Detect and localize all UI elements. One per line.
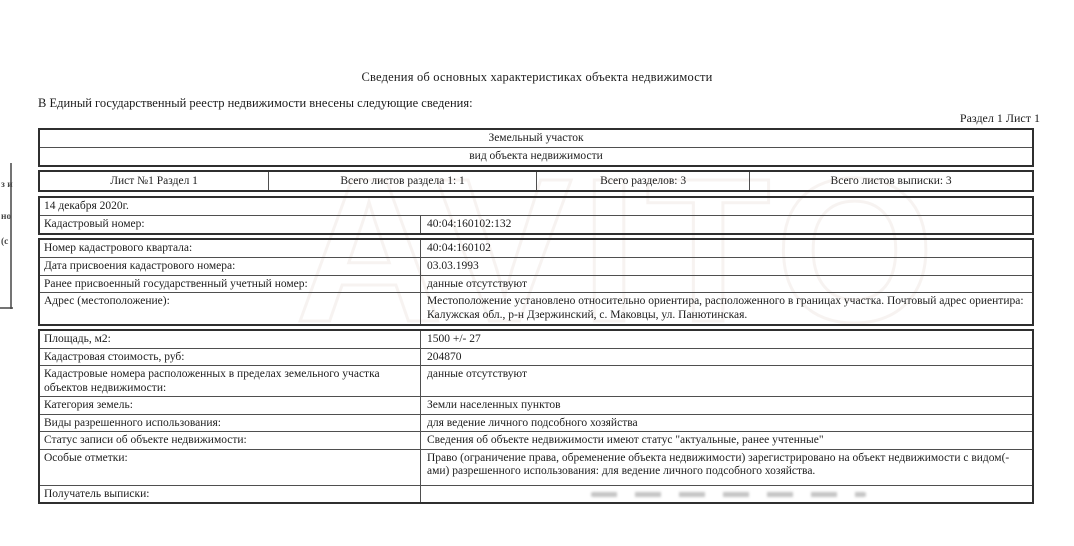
row-value: данные отсутствуют <box>421 276 1032 293</box>
row-value: для ведение личного подсобного хозяйства <box>421 415 1032 432</box>
sheet-cell: Всего листов раздела 1: 1 <box>268 172 536 191</box>
sheet-info-block: Лист №1 Раздел 1 Всего листов раздела 1:… <box>38 170 1034 193</box>
sheet-cell: Всего разделов: 3 <box>536 172 749 191</box>
table-row: Статус записи об объекте недвижимости: С… <box>40 431 1032 449</box>
table-row: Получатель выписки: <box>40 485 1032 503</box>
row-value: Право (ограничение права, обременение об… <box>421 450 1032 485</box>
row-label: Кадастровые номера расположенных в преде… <box>40 366 421 396</box>
table-row: Земельный участок <box>40 130 1032 147</box>
row-label: Получатель выписки: <box>40 486 421 503</box>
sheet-cell: Лист №1 Раздел 1 <box>40 172 268 191</box>
row-label: Кадастровый номер: <box>40 216 421 233</box>
document-intro-line: В Единый государственный реестр недвижим… <box>38 96 473 111</box>
table-row: Ранее присвоенный государственный учетны… <box>40 275 1032 293</box>
row-label: Адрес (местоположение): <box>40 293 421 324</box>
left-margin-artifact-tick <box>0 307 13 309</box>
row-value: 03.03.1993 <box>421 258 1032 275</box>
row-label: Категория земель: <box>40 397 421 414</box>
row-value-redacted <box>421 486 1032 503</box>
table-row: Кадастровая стоимость, руб: 204870 <box>40 348 1032 366</box>
table-row: Площадь, м2: 1500 +/- 27 <box>40 331 1032 348</box>
row-label: Площадь, м2: <box>40 331 421 348</box>
table-row: 14 декабря 2020г. <box>40 198 1032 215</box>
row-value: 40:04:160102 <box>421 240 1032 257</box>
table-row: Кадастровые номера расположенных в преде… <box>40 365 1032 396</box>
left-margin-text-fragment: з и <box>1 181 13 191</box>
left-margin-text-fragment: но <box>1 213 11 223</box>
table-row: Виды разрешенного использования: для вед… <box>40 414 1032 432</box>
row-label: Ранее присвоенный государственный учетны… <box>40 276 421 293</box>
row-value: Земли населенных пунктов <box>421 397 1032 414</box>
table-row: Дата присвоения кадастрового номера: 03.… <box>40 257 1032 275</box>
row-label: Номер кадастрового квартала: <box>40 240 421 257</box>
date-cadastral-block: 14 декабря 2020г. Кадастровый номер: 40:… <box>38 196 1034 235</box>
egrn-table: Земельный участок вид объекта недвижимос… <box>38 128 1034 504</box>
object-type: Земельный участок <box>40 130 1032 147</box>
row-label: Статус записи об объекте недвижимости: <box>40 432 421 449</box>
row-value: Местоположение установлено относительно … <box>421 293 1032 324</box>
characteristics-block: Площадь, м2: 1500 +/- 27 Кадастровая сто… <box>38 329 1034 504</box>
row-value: 40:04:160102:132 <box>421 216 1032 233</box>
table-row: Номер кадастрового квартала: 40:04:16010… <box>40 240 1032 257</box>
document-title: Сведения об основных характеристиках объ… <box>0 70 1074 85</box>
table-row: Категория земель: Земли населенных пункт… <box>40 396 1032 414</box>
row-value: 204870 <box>421 349 1032 366</box>
sheet-cell: Всего листов выписки: 3 <box>749 172 1032 191</box>
row-value: 1500 +/- 27 <box>421 331 1032 348</box>
table-row: Адрес (местоположение): Местоположение у… <box>40 292 1032 324</box>
row-label: Кадастровая стоимость, руб: <box>40 349 421 366</box>
row-label: Дата присвоения кадастрового номера: <box>40 258 421 275</box>
table-row: Лист №1 Раздел 1 Всего листов раздела 1:… <box>40 172 1032 191</box>
row-label: Особые отметки: <box>40 450 421 485</box>
row-value: данные отсутствуют <box>421 366 1032 396</box>
table-row: Особые отметки: Право (ограничение права… <box>40 449 1032 485</box>
redacted-recipient-smudge <box>591 492 866 497</box>
extract-date: 14 декабря 2020г. <box>40 198 1032 215</box>
scanned-egrn-extract: AVITO з и но (с Сведения об основных хар… <box>0 0 1074 546</box>
row-label: Виды разрешенного использования: <box>40 415 421 432</box>
left-margin-text-fragment: (с <box>1 238 8 248</box>
details-block: Номер кадастрового квартала: 40:04:16010… <box>38 238 1034 326</box>
table-row: вид объекта недвижимости <box>40 147 1032 165</box>
row-value: Сведения об объекте недвижимости имеют с… <box>421 432 1032 449</box>
object-type-caption: вид объекта недвижимости <box>40 148 1032 165</box>
object-type-block: Земельный участок вид объекта недвижимос… <box>38 128 1034 167</box>
table-row: Кадастровый номер: 40:04:160102:132 <box>40 215 1032 233</box>
section-sheet-label: Раздел 1 Лист 1 <box>0 111 1040 126</box>
